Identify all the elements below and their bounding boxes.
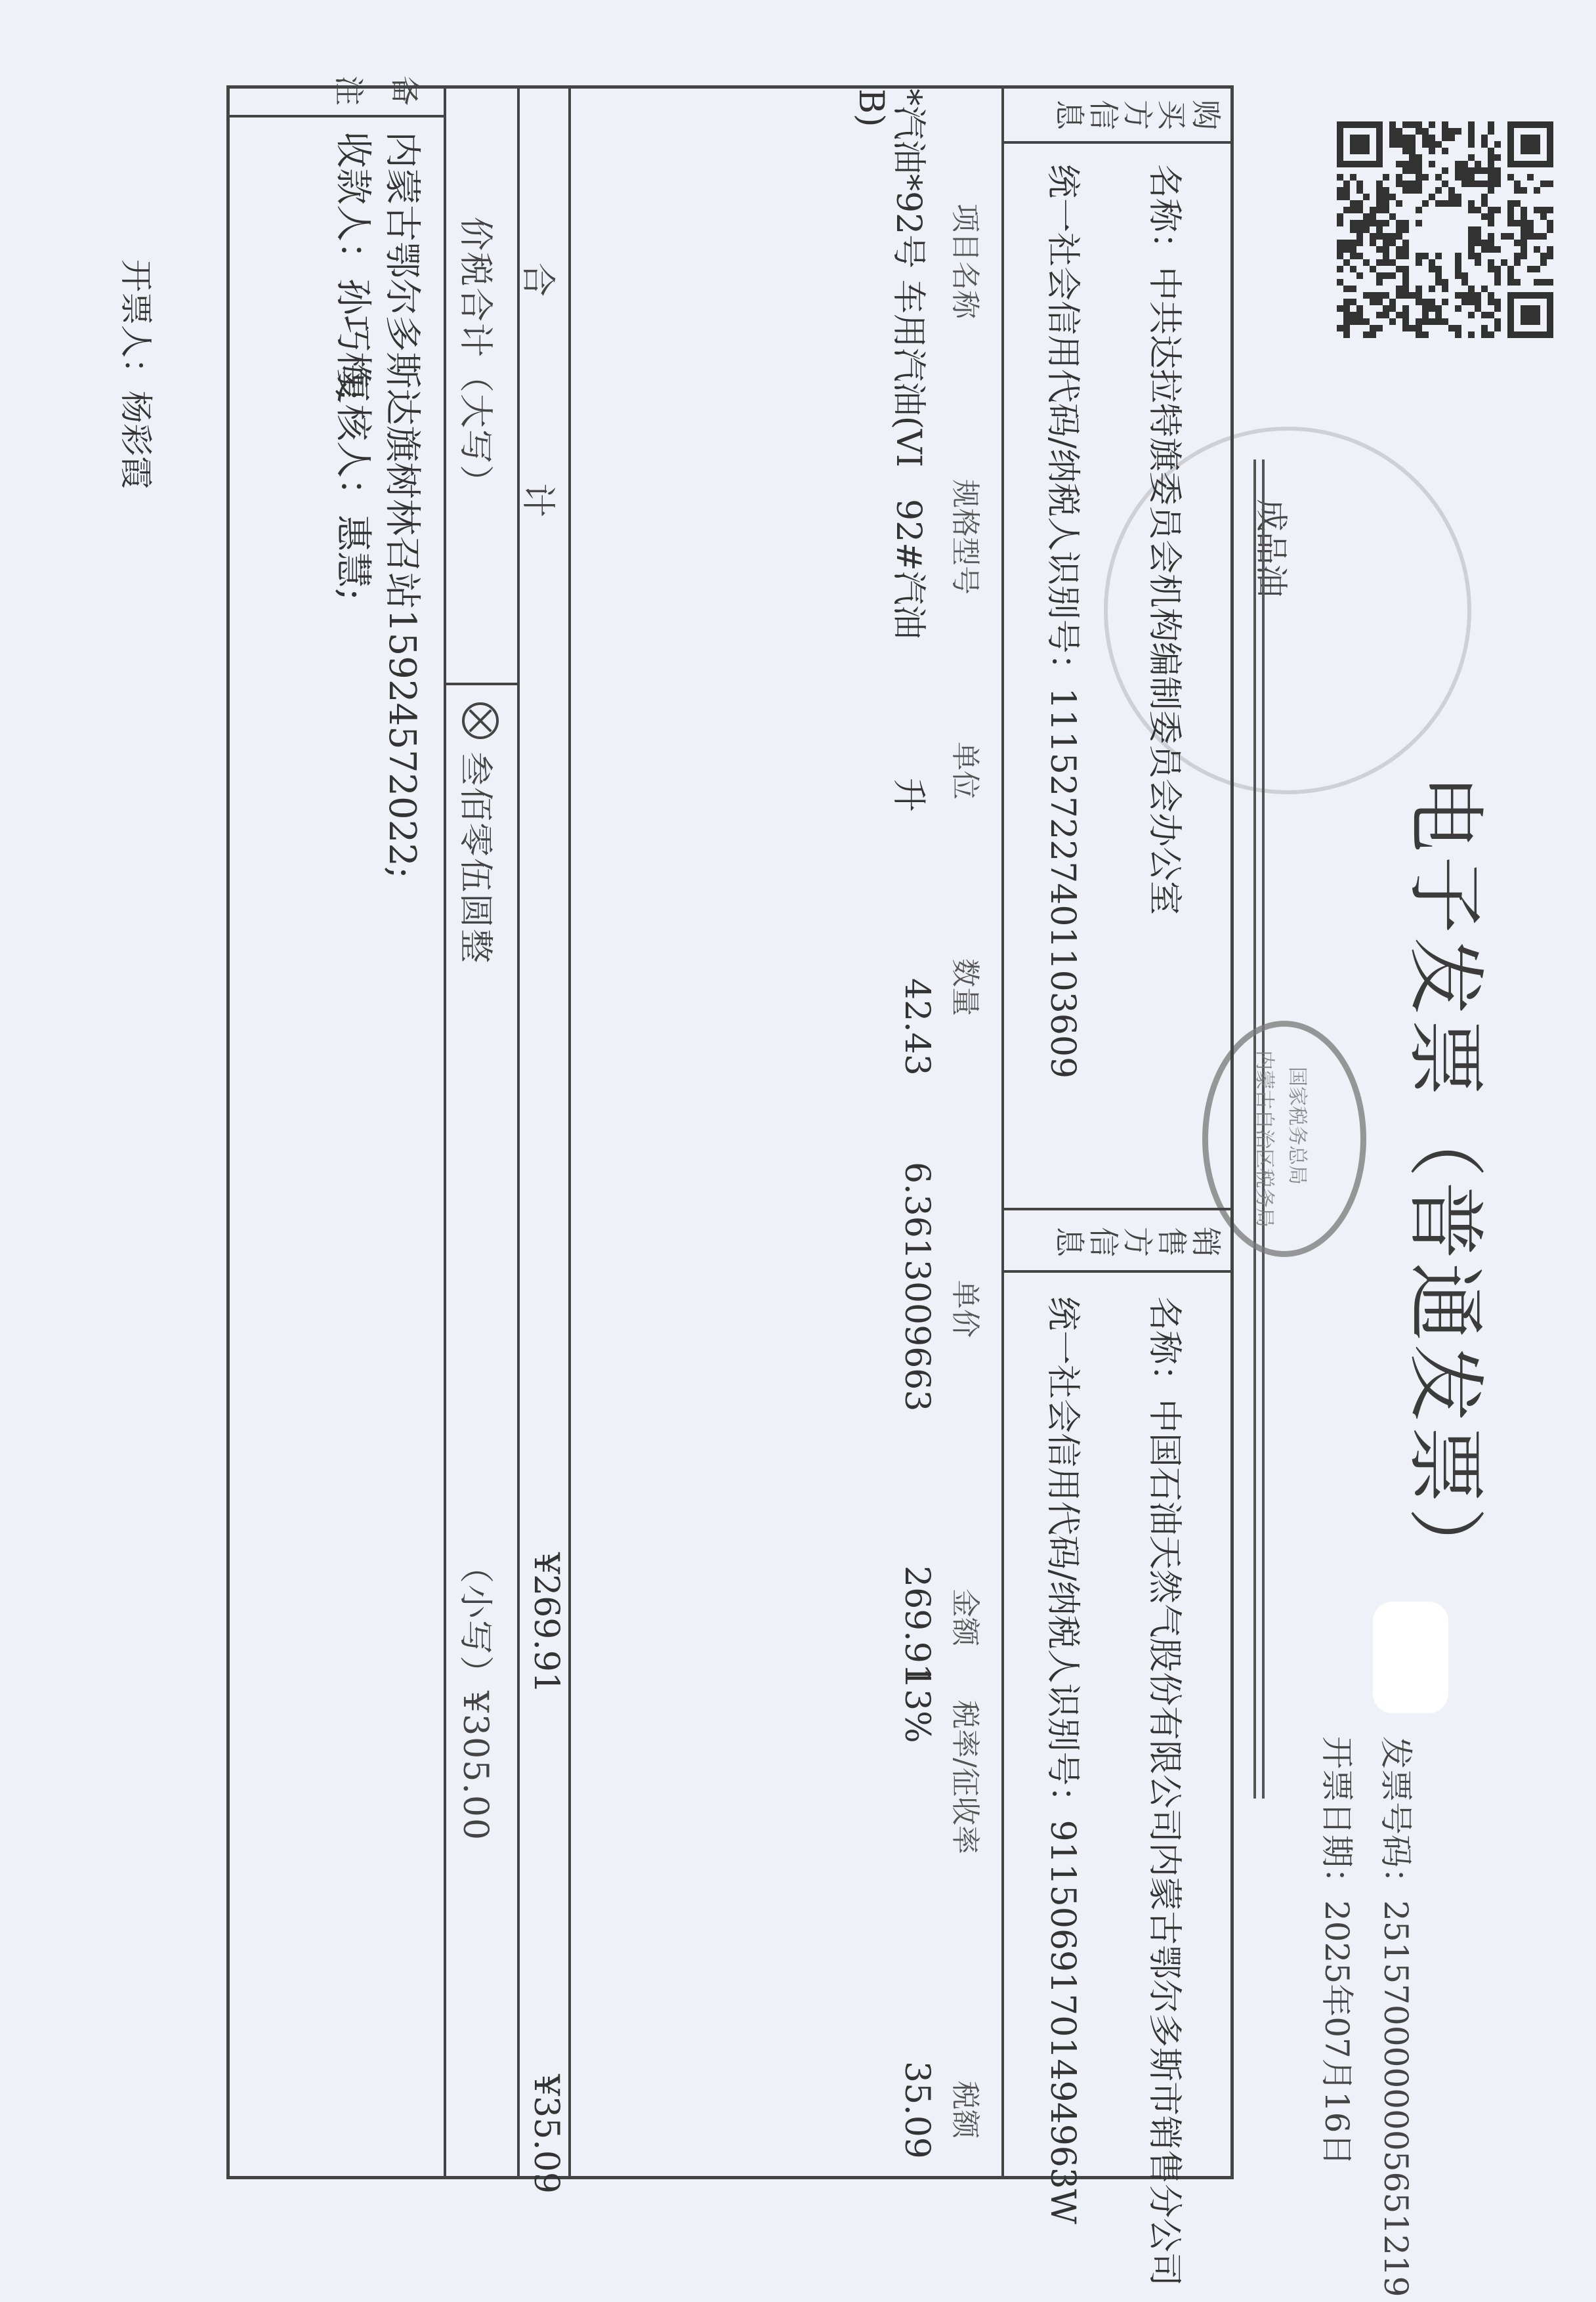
category-label: 成品油 [1250,499,1297,597]
issuer: 开票人：杨彩霞 [115,259,162,489]
divider-buyer-label [1004,141,1234,144]
redaction-patch [1373,1602,1448,1713]
totals-label: 合 计 [516,263,566,557]
buyer-name: 名称：中共达拉特旗委员会机构编制委员会办公室 [1143,164,1192,915]
remarks-reviewer: 复核人：惠慧; [329,368,382,601]
payee-label: 收款人： [331,131,374,278]
col-header-unit-price: 单价 [947,1280,989,1338]
seller-tax-id-value: 91150691701494963W [1043,1820,1082,2225]
reviewer-value: 惠慧; [331,515,374,601]
remarks-station: 内蒙古鄂尔多斯达旗树林召站15924572022; [379,131,431,879]
col-header-amount: 金额 [947,1588,989,1646]
grand-total-lowercase-value: ¥305.00 [455,1691,495,1841]
col-header-spec: 规格型号 [947,479,989,595]
issue-date: 开票日期：2025年07月16日 [1316,1736,1363,2166]
divider-grand-total [517,85,520,2179]
buyer-tax-id: 统一社会信用代码/纳税人识别号：111527227401103609 [1041,164,1091,1078]
buyer-tax-id-value: 111527227401103609 [1043,688,1082,1079]
item-quantity: 42.43 [897,978,936,1076]
invoice-number-label: 发票号码： [1377,1736,1415,1900]
grand-total-lowercase: （小写）¥305.00 [454,1549,503,1841]
divider-seller-label [1004,1270,1234,1273]
grand-total-lowercase-label: （小写） [455,1549,495,1691]
issuer-value: 杨彩霞 [117,391,155,489]
issuer-label: 开票人： [117,259,155,391]
divider-buyer-seller [1004,1208,1234,1210]
invoice-title: 电子发票（普通发票） [1396,775,1507,1588]
divider-grand-label [446,683,520,685]
reviewer-label: 复核人： [331,368,374,515]
issue-date-label: 开票日期： [1318,1736,1356,1900]
item-unit-price: 6.3613009663 [897,1162,936,1411]
item-tax: 35.09 [897,2061,936,2159]
seller-tax-id-label: 统一社会信用代码/纳税人识别号： [1043,1296,1082,1820]
invoice-page: 成品油 电子发票（普通发票） 国家税务总局 内蒙古自治区税务局 发票号码：251… [0,0,1596,2302]
item-name-wrap: B) [851,89,891,127]
buyer-name-value: 中共达拉特旗委员会机构编制委员会办公室 [1144,266,1184,915]
divider-remarks-label [226,115,446,117]
col-header-unit: 单位 [947,742,989,799]
qr-code-icon [1337,121,1553,338]
col-header-name: 项目名称 [947,203,989,319]
col-header-tax: 税额 [947,2081,989,2139]
seller-name: 名称：中国石油天然气股份有限公司内蒙古鄂尔多斯市销售分公司 [1143,1296,1192,2286]
seller-name-value: 中国石油天然气股份有限公司内蒙古鄂尔多斯市销售分公司 [1144,1399,1184,2286]
invoice-number: 发票号码：2515700000005651219 [1375,1736,1422,2297]
seller-name-label: 名称： [1144,1296,1184,1399]
col-header-quantity: 数量 [947,958,989,1016]
buyer-tax-id-label: 统一社会信用代码/纳税人识别号： [1043,164,1082,688]
col-header-tax-rate: 税率/征收率 [947,1700,989,1854]
item-unit: 升 [887,778,936,812]
item-name: *汽油*92号 车用汽油(VI [887,89,936,467]
totals-amount: ¥269.91 [526,1552,566,1694]
item-spec: 92#汽油 [887,499,936,639]
buyer-section-label: 购买方信息 [1051,95,1222,135]
seller-section-label: 销售方信息 [1051,1222,1222,1262]
item-tax-rate: 13% [897,1667,936,1743]
divider-totals-top [568,85,571,2179]
buyer-name-label: 名称： [1144,164,1184,266]
grand-total-uppercase: 叁佰零伍圆整 [454,752,503,964]
stamp-line-1: 国家税务总局 [1285,1067,1314,1185]
remarks-label: 备注 [308,77,421,110]
remarks-payee: 收款人：孙巧梅; [329,131,382,401]
x-circle-icon [462,702,499,739]
stamp-line-2: 内蒙古自治区税务局 [1252,1050,1281,1227]
issue-date-value: 2025年07月16日 [1318,1900,1356,2166]
totals-tax: ¥35.09 [526,2074,566,2194]
divider-remarks [444,85,446,2179]
invoice-number-value: 2515700000005651219 [1377,1900,1415,2297]
divider-parties [1001,85,1004,2179]
seller-tax-id: 统一社会信用代码/纳税人识别号：91150691701494963W [1041,1296,1091,2224]
grand-total-label: 价税合计（大写） [454,217,503,500]
